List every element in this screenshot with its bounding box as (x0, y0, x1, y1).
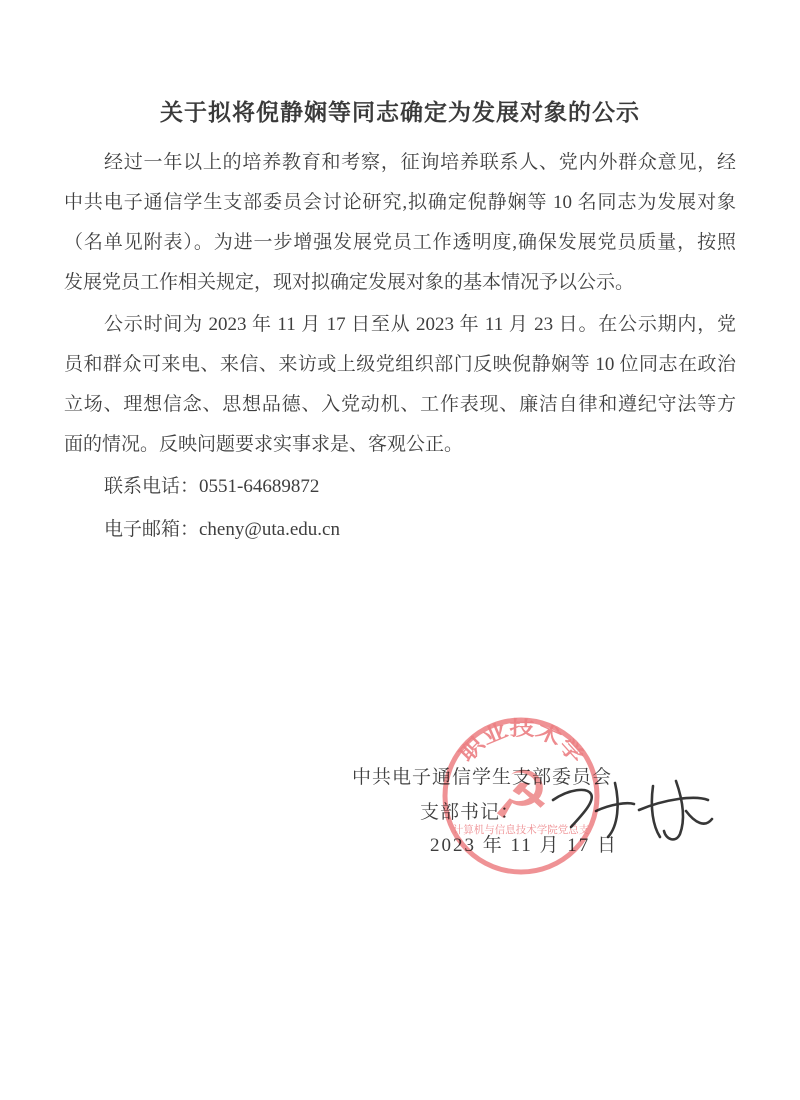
signature-date: 2023 年 11 月 17 日 (430, 830, 618, 857)
paragraph2-line4: 面的情况。反映问题要求实事求是、客观公正。 (64, 425, 736, 465)
paragraph2-line1: 公示时间为 2023 年 11 月 17 日至从 2023 年 11 月 23 … (64, 305, 736, 345)
document-page: 关于拟将倪静娴等同志确定为发展对象的公示 经过一年以上的培养教育和考察，征询培养… (0, 0, 800, 1100)
signature-secretary-label: 支部书记： (420, 797, 520, 824)
paragraph1-line4: 发展党员工作相关规定，现对拟确定发展对象的基本情况予以公示。 (64, 263, 736, 303)
paragraph1-line3: （名单见附表）。为进一步增强发展党员工作透明度,确保发展党员质量，按照 (64, 223, 736, 263)
paragraph1-line2: 中共电子通信学生支部委员会讨论研究,拟确定倪静娴等 10 名同志为发展对象 (64, 183, 736, 223)
paragraph2-line2: 员和群众可来电、来信、来访或上级党组织部门反映倪静娴等 10 位同志在政治 (64, 345, 736, 385)
seal-arc-text-holder: 职业技术学院 (436, 711, 589, 768)
paragraph1-line1: 经过一年以上的培养教育和考察，征询培养联系人、党内外群众意见，经 (64, 143, 736, 183)
signature-organization: 中共电子通信学生支部委员会 (352, 762, 612, 789)
document-title: 关于拟将倪静娴等同志确定为发展对象的公示 (0, 94, 800, 127)
contact-email: 电子邮箱：cheny@uta.edu.cn (64, 510, 736, 550)
paragraph2-line3: 立场、理想信念、思想品德、入党动机、工作表现、廉洁自律和遵纪守法等方 (64, 385, 736, 425)
contact-phone: 联系电话：0551-64689872 (64, 467, 736, 507)
seal-arc-text: 职业技术学院 (436, 711, 589, 768)
